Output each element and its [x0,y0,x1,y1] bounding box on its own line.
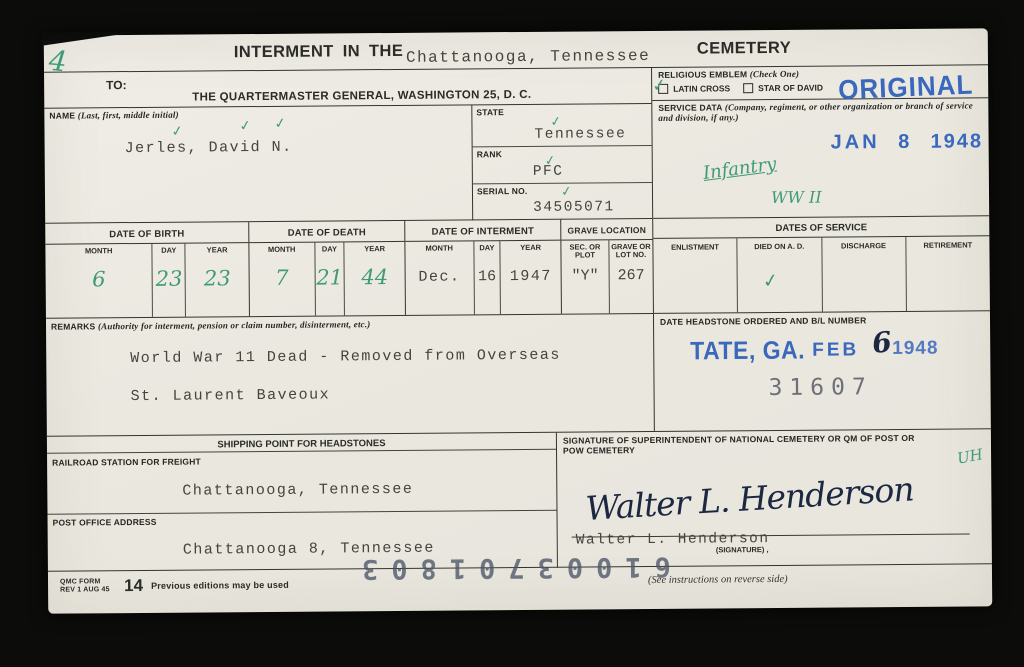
signature-caption-suffix: , [766,545,768,554]
state-label: STATE [476,107,504,117]
service-handwritten-ww2: WW II [771,188,822,207]
rank-field: RANK ✓ PFC [473,146,652,184]
date-of-interment-group: DATE OF INTERMENT MONTH Dec. DAY 16 YEAR… [405,220,562,315]
grave-lot-header: GRAVE OR LOT NO. [609,240,652,259]
death-month-header: MONTH [249,243,314,255]
enlistment-column: ENLISTMENT [653,238,738,313]
interment-year-header: YEAR [501,241,561,252]
date-of-interment-label: DATE OF INTERMENT [405,220,560,242]
headstone-year-stamp: 1948 [892,338,938,360]
discharge-column: DISCHARGE [822,237,907,312]
birth-day-header: DAY [153,244,185,255]
remarks-section: REMARKS (Authority for interment, pensio… [46,314,654,436]
religious-emblem-section: RELIGIOUS EMBLEM (Check One) LATIN CROSS… [652,65,988,101]
grave-location-group: GRAVE LOCATION SEC. OR PLOT "Y" GRAVE OR… [561,219,653,314]
railroad-station-value: Chattanooga, Tennessee [182,481,413,500]
death-year-value: 44 [345,265,405,289]
death-year-header: YEAR [345,242,405,253]
service-data-section: SERVICE DATA (Company, regiment, or othe… [652,98,989,219]
headstone-label: DATE HEADSTONE ORDERED AND B/L NUMBER [660,315,866,327]
star-of-david-label: STAR OF DAVID [758,83,823,94]
died-on-ad-column: DIED ON A. D. ✓ [738,238,823,313]
remarks-label: REMARKS [51,321,95,331]
right-column: RELIGIOUS EMBLEM (Check One) LATIN CROSS… [651,65,991,431]
date-of-birth-group: DATE OF BIRTH MONTH 6 DAY 23 YEAR 23 [45,222,250,318]
birth-day-value: 23 [153,267,185,291]
to-label: TO: [106,78,127,92]
headstone-section: DATE HEADSTONE ORDERED AND B/L NUMBER TA… [654,311,991,431]
interment-day-value: 16 [474,268,500,285]
service-data-label: SERVICE DATA [658,102,722,113]
name-label: NAME [49,110,75,120]
interment-year-value: 1947 [501,268,561,285]
form-number: 14 [124,576,143,596]
birth-month-value: 6 [46,267,153,292]
grave-sec-header: SEC. OR PLOT [561,240,608,259]
birth-year-value: 23 [186,266,249,290]
shipping-title: SHIPPING POINT FOR HEADSTONES [47,433,556,454]
headstone-place-stamp: TATE, GA. [690,335,805,366]
rank-label: RANK [477,149,502,159]
date-received-stamp: JAN 8 [831,131,913,155]
form-title-prefix: INTERMENT IN THE [234,42,403,62]
check-mark: ✓ [651,75,668,97]
headstone-number-stamp: 31607 [768,374,872,401]
dates-of-service-section: DATES OF SERVICE ENLISTMENT DIED ON A. D… [653,216,990,314]
signature-green-mark: UH [956,445,985,467]
remarks-line-2: St. Laurent Baveoux [131,386,331,405]
date-of-death-group: DATE OF DEATH MONTH 7 DAY 21 YEAR 44 [249,221,406,316]
religious-emblem-label: RELIGIOUS EMBLEM [658,69,747,80]
addressee-row: TO: THE QUARTERMASTER GENERAL, WASHINGTO… [44,68,651,109]
death-day-header: DAY [315,242,344,253]
check-mark: ✓ [560,184,573,200]
check-mark: ✓ [238,117,252,135]
interment-month-value: Dec. [406,268,474,286]
form-title-suffix: CEMETERY [697,39,791,59]
grave-sec-value: "Y" [562,267,609,284]
name-label-hint: (Last, first, middle initial) [78,110,179,121]
name-field: NAME (Last, first, middle initial) ✓ ✓ ✓… [44,104,652,224]
cemetery-name-value: Chattanooga, Tennessee [406,47,650,67]
remarks-line-1: World War 11 Dead - Removed from Oversea… [130,347,561,367]
name-value: Jerles, David N. [125,139,293,157]
star-of-david-checkbox [743,83,753,93]
serial-label: SERIAL NO. [477,186,528,196]
headstone-day-handwritten: 6 [870,325,893,360]
died-on-ad-header: DIED ON A. D. [754,242,804,251]
remarks-hint: (Authority for interment, pension or cla… [98,319,371,331]
headstone-month-stamp: FEB [812,339,859,361]
superintendent-signature-script: Walter L. Henderson [585,469,915,528]
service-handwritten-infantry: Infantry [702,154,778,184]
state-rank-serial-column: STATE ✓ Tennessee RANK ✓ PFC SERIAL NO. … [471,104,652,220]
state-field: STATE ✓ Tennessee [472,104,651,147]
shipping-section: SHIPPING POINT FOR HEADSTONES RAILROAD S… [47,433,557,572]
state-value: Tennessee [534,126,626,143]
form-revision: REV 1 AUG 45 [60,586,110,594]
check-mark: ✓ [761,269,780,293]
signature-label: SIGNATURE OF SUPERINTENDENT OF NATIONAL … [563,433,915,456]
dates-grid: DATE OF BIRTH MONTH 6 DAY 23 YEAR 23 [45,219,653,319]
latin-cross-label: LATIN CROSS [673,83,730,93]
religious-emblem-hint: (Check One) [750,69,800,79]
bottom-band: SHIPPING POINT FOR HEADSTONES RAILROAD S… [47,428,992,570]
check-mark: ✓ [170,123,184,141]
shipping-divider [47,510,556,515]
date-of-birth-label: DATE OF BIRTH [45,222,248,245]
grave-lot-value: 267 [610,267,653,284]
left-column: TO: THE QUARTERMASTER GENERAL, WASHINGTO… [44,68,654,436]
serial-field: SERIAL NO. ✓ 34505071 [473,183,652,220]
interment-month-header: MONTH [405,241,473,253]
signature-section: SIGNATURE OF SUPERINTENDENT OF NATIONAL … [556,429,992,567]
grave-location-label: GRAVE LOCATION [561,219,652,241]
date-received-year-stamp: 1948 [931,130,984,153]
post-office-label: POST OFFICE ADDRESS [53,517,157,528]
railroad-station-label: RAILROAD STATION FOR FREIGHT [52,456,201,467]
serial-value: 34505071 [533,199,615,216]
death-month-value: 7 [250,266,315,291]
retirement-column: RETIREMENT [906,236,990,311]
rank-value: PFC [533,164,564,180]
death-day-value: 21 [315,265,344,289]
interment-day-header: DAY [474,241,500,252]
upside-down-serial-stamp: 61003701803 [270,550,750,585]
form-note: Previous editions may be used [151,580,289,591]
check-mark: ✓ [273,115,287,133]
original-stamp: ORIGINAL [838,68,974,106]
interment-record-card: 4 INTERMENT IN THE Chattanooga, Tennesse… [44,28,993,613]
date-of-death-label: DATE OF DEATH [249,221,404,243]
dates-of-service-label: DATES OF SERVICE [653,216,989,239]
birth-year-header: YEAR [186,243,249,254]
addressee-value: THE QUARTERMASTER GENERAL, WASHINGTON 25… [192,89,531,104]
birth-month-header: MONTH [45,244,152,256]
